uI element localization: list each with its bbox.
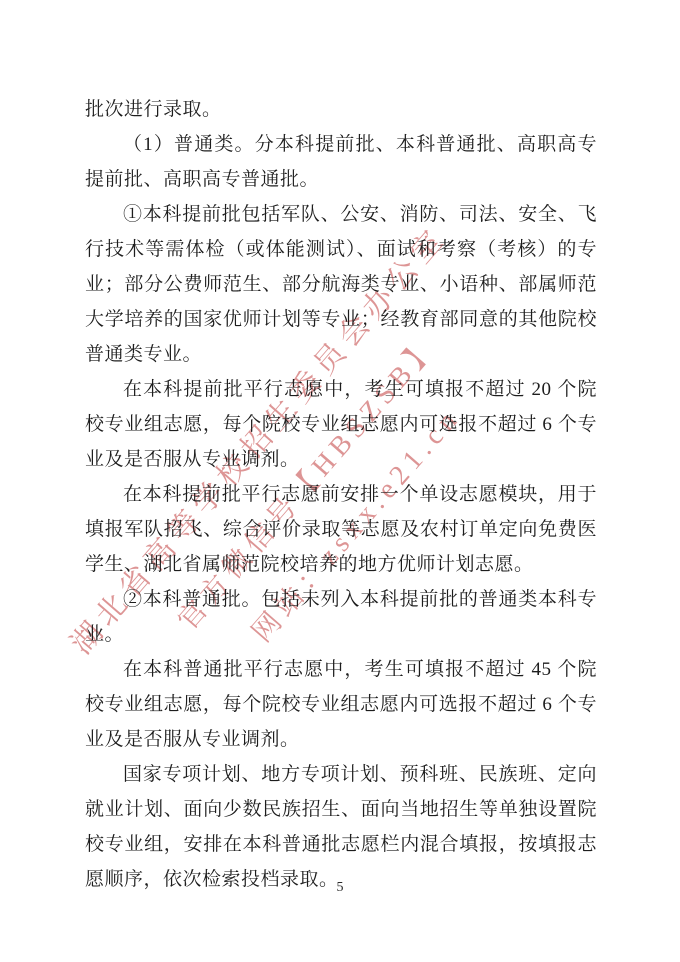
paragraph-single-module: 在本科提前批平行志愿前安排一个单设志愿模块，用于填报军队招飞、综合评价录取等志愿…	[85, 477, 597, 582]
paragraph-continuation: 批次进行录取。	[85, 92, 597, 127]
paragraph-regular-batch-scope: ②本科普通批。包括未列入本科提前批的普通类本科专业。	[85, 582, 597, 652]
paragraph-early-batch-scope: ①本科提前批包括军队、公安、消防、司法、安全、飞行技术等需体检（或体能测试）、面…	[85, 197, 597, 372]
page-number: 5	[0, 880, 680, 896]
paragraph-special-plans: 国家专项计划、地方专项计划、预科班、民族班、定向就业计划、面向少数民族招生、面向…	[85, 757, 597, 897]
document-page: 湖北省高等学校招生委员会办公室 官方微信号【HBSZSB】 网站：zsxx.e2…	[0, 0, 680, 962]
paragraph-early-batch-volunteers: 在本科提前批平行志愿中，考生可填报不超过 20 个院校专业组志愿，每个院校专业组…	[85, 372, 597, 477]
paragraph-general-category: （1）普通类。分本科提前批、本科普通批、高职高专提前批、高职高专普通批。	[85, 127, 597, 197]
paragraph-regular-batch-volunteers: 在本科普通批平行志愿中，考生可填报不超过 45 个院校专业组志愿，每个院校专业组…	[85, 652, 597, 757]
document-body: 批次进行录取。 （1）普通类。分本科提前批、本科普通批、高职高专提前批、高职高专…	[85, 92, 597, 897]
